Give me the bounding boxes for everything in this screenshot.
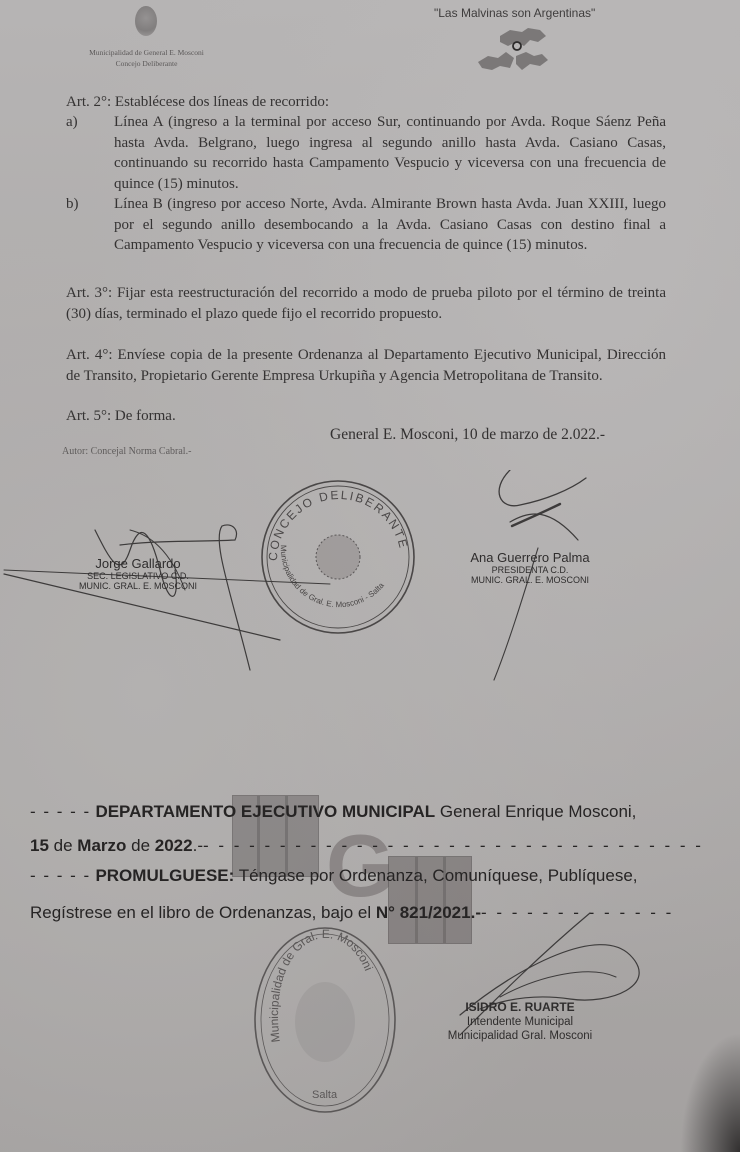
signatory-name: ISIDRO E. RUARTE	[420, 1000, 620, 1015]
date-year: 2022	[155, 836, 193, 855]
date-end: .-	[193, 836, 203, 855]
signature-block-gallardo: Jorge Gallardo SEC. LEGISLATIVO C.D. MUN…	[68, 556, 208, 591]
malvinas-islands-icon	[470, 22, 560, 74]
item-text: Línea B (ingreso por acceso Norte, Avda.…	[114, 196, 666, 253]
promulgation-line-3: - - - - - PROMULGUESE: Téngase por Orden…	[30, 866, 638, 886]
ordinance-page: Municipalidad de General E. Mosconi Conc…	[0, 0, 740, 1152]
signatory-name: Ana Guerrero Palma	[450, 550, 610, 565]
register-text: Regístrese en el libro de Ordenanzas, ba…	[30, 903, 376, 922]
author-line: Autor: Concejal Norma Cabral.-	[62, 446, 191, 457]
letterhead-municipality: Municipalidad de General E. Mosconi	[64, 48, 229, 57]
date-de: de	[126, 836, 154, 855]
stamp-bottom-text: Salta	[312, 1089, 338, 1101]
executive-department: DEPARTAMENTO EJECUTIVO MUNICIPAL	[95, 802, 435, 821]
article-3: Art. 3°: Fijar esta reestructuración del…	[66, 283, 666, 324]
letterhead-body: Concejo Deliberante	[64, 59, 229, 68]
dash-leader: - - - - -	[30, 802, 91, 821]
motto: "Las Malvinas son Argentinas"	[434, 6, 595, 20]
item-label: a)	[90, 112, 114, 133]
promulguese-label: PROMULGUESE:	[95, 866, 234, 885]
signatory-entity: Municipalidad Gral. Mosconi	[420, 1029, 620, 1043]
signature-block-guerrero: Ana Guerrero Palma PRESIDENTA C.D. MUNIC…	[450, 550, 610, 585]
place-and-date: General E. Mosconi, 10 de marzo de 2.022…	[330, 426, 605, 444]
signatory-role: SEC. LEGISLATIVO C.D.	[68, 571, 208, 581]
article-5: Art. 5°: De forma.	[66, 406, 666, 427]
promulguese-text: Téngase por Ordenanza, Comuníquese, Publ…	[234, 866, 637, 885]
signatory-name: Jorge Gallardo	[68, 556, 208, 571]
number-label: N°	[376, 903, 395, 922]
date-de: de	[49, 836, 77, 855]
article-2-heading: Art. 2°: Establécese dos líneas de recor…	[66, 92, 329, 113]
item-text: Línea A (ingreso a la terminal por acces…	[114, 114, 666, 192]
item-label: b)	[90, 194, 114, 215]
date-day: 15	[30, 836, 49, 855]
signatory-role: PRESIDENTA C.D.	[450, 565, 610, 575]
municipalidad-stamp: Municipalidad de Gral. E. Mosconi Salta	[250, 922, 400, 1118]
dash-leader: - - - - -	[30, 866, 91, 885]
signatory-role: Intendente Municipal	[420, 1015, 620, 1029]
signatory-entity: MUNIC. GRAL. E. MOSCONI	[68, 581, 208, 591]
promulgation-line-1: - - - - - DEPARTAMENTO EJECUTIVO MUNICIP…	[30, 802, 636, 822]
promulgation-date-line: 15 de Marzo de 2022.-- - - - - - - - - -…	[30, 836, 703, 856]
article-4: Art. 4°: Envíese copia de la presente Or…	[66, 345, 666, 386]
coat-of-arms-icon	[295, 982, 355, 1062]
article-2-item-a: a)Línea A (ingreso a la terminal por acc…	[90, 112, 666, 194]
article-2-item-b: b)Línea B (ingreso por acceso Norte, Avd…	[90, 194, 666, 256]
dash-fill: - - - - - - - - - - - - - - - - - - - - …	[203, 836, 703, 856]
signatory-entity: MUNIC. GRAL. E. MOSCONI	[450, 575, 610, 585]
signature-block-ruarte: ISIDRO E. RUARTE Intendente Municipal Mu…	[420, 1000, 620, 1043]
coat-of-arms-icon	[135, 6, 157, 36]
city-name: General Enrique Mosconi,	[435, 802, 636, 821]
date-month: Marzo	[77, 836, 126, 855]
